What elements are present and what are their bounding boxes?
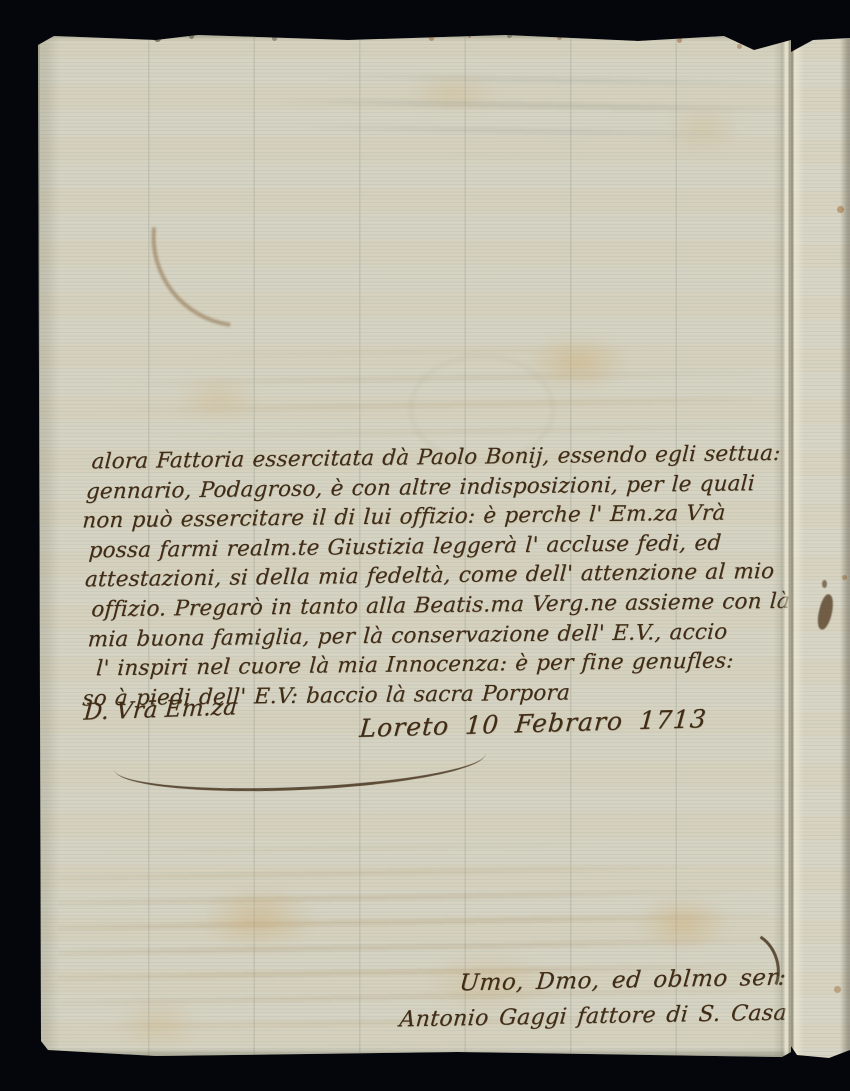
stain	[388, 63, 518, 123]
foxing-specks	[791, 36, 794, 39]
stain	[98, 983, 218, 1063]
letter-page: alora Fattoria essercitata dà Paolo Boni…	[38, 33, 791, 1057]
paper-tone-bands	[791, 36, 850, 1058]
edge-specks	[38, 33, 41, 36]
manuscript-photo: alora Fattoria essercitata dà Paolo Boni…	[0, 0, 850, 1091]
stain	[178, 873, 338, 963]
laid-paper-texture	[791, 36, 850, 1058]
closing-salutation: D. Vrā Em.za	[83, 694, 238, 725]
stain	[648, 93, 758, 163]
ink-blot	[815, 593, 836, 631]
signature-block: Umo, Dmo, ed oblmo ser: Antonio Gaggi fa…	[399, 960, 788, 1039]
crease-scratch-mark	[116, 116, 362, 363]
fold-crease-shading	[791, 36, 850, 1058]
folded-second-leaf	[791, 36, 850, 1058]
ink-blot-dot	[822, 580, 827, 588]
letter-body: alora Fattoria essercitata dà Paolo Boni…	[91, 439, 800, 714]
signature-name: Antonio Gaggi fattore di S. Casa	[398, 996, 789, 1039]
pen-flourish	[113, 725, 487, 798]
stain	[158, 363, 278, 433]
